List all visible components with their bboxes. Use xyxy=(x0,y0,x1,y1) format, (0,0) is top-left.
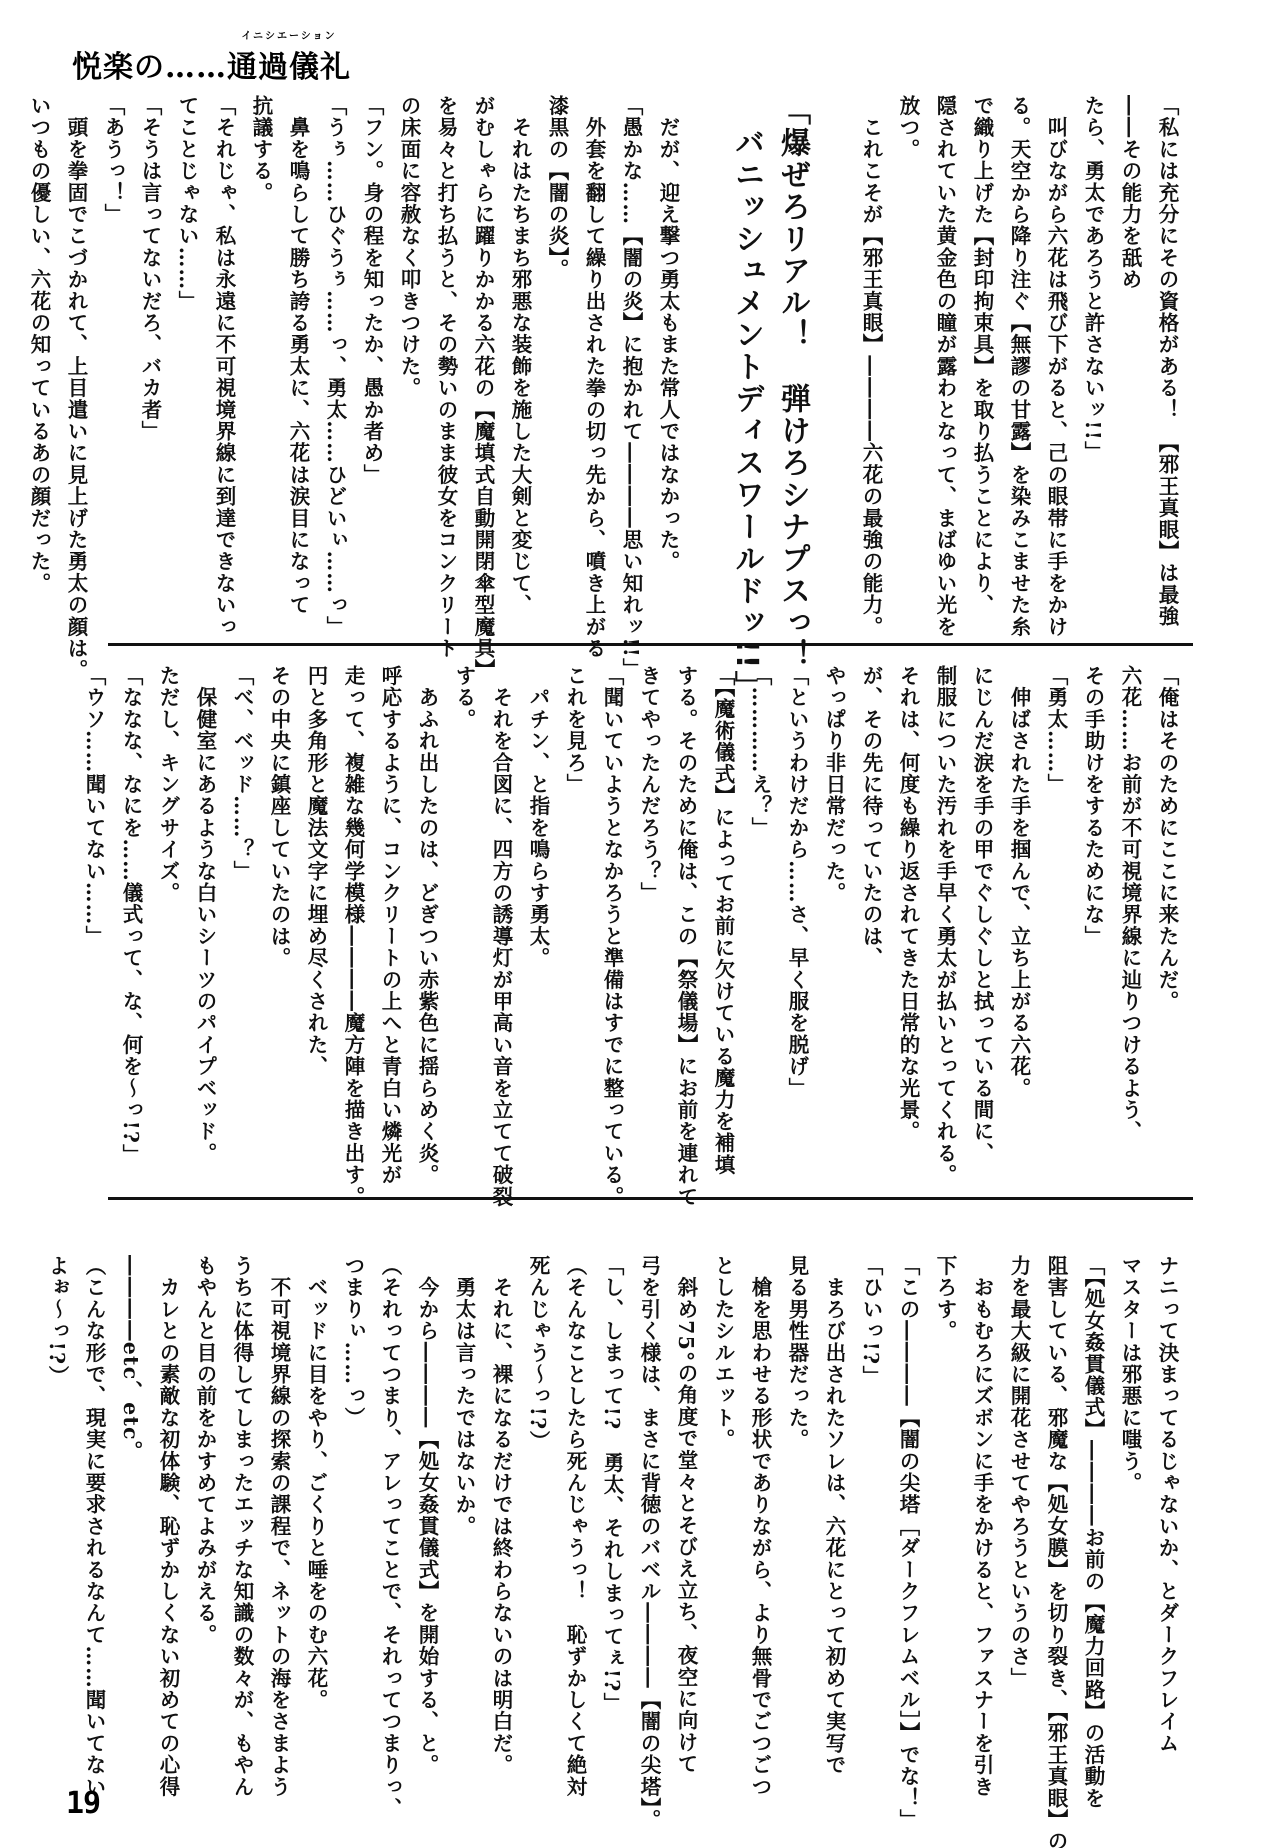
text-line: （こんな形で、現実に要求されるなんて……聞いてない xyxy=(75,1255,112,1725)
title-main-with-ruby: イニシエーション通過儀礼 xyxy=(227,42,351,86)
text-line: 抗議する。 xyxy=(242,95,279,535)
section-divider xyxy=(108,1197,1193,1200)
text-line: それに、裸になるだけでは終わらないのは明白だ。 xyxy=(482,1255,519,1725)
text-line: バニッシュメントディスワールドッ!!」 xyxy=(723,95,769,535)
text-line: （それってつまり、アレってことで、それってつまりっ、 xyxy=(371,1255,408,1725)
text-line: それは、何度も繰り返されてきた日常的な光景。 xyxy=(889,665,926,1105)
text-line: 死んじゃう～っ!?） xyxy=(519,1255,556,1725)
text-line: 「【処女姦貫儀式】――――お前の【魔力回路】の活動を xyxy=(1074,1255,1111,1725)
text-line: 「というわけだから……さ、早く服を脱げ」 xyxy=(778,665,815,1105)
text-line: 呼応するように、コンクリートの上へと青白い燐光が xyxy=(371,665,408,1105)
text-line: ナニって決まってるじゃないか、とダークフレイム xyxy=(1148,1255,1185,1725)
text-line: 伸ばされた手を掴んで、立ち上がる六花。 xyxy=(1000,665,1037,1105)
text-line: まろび出されたソレは、六花にとって初めて実写で xyxy=(815,1255,852,1725)
text-line: それはたちまち邪悪な装飾を施した大剣と変じて、 xyxy=(501,95,538,535)
text-line: する。そのために俺は、この【祭儀場】にお前を連れて xyxy=(667,665,704,1105)
text-line: やっぱり非日常だった。 xyxy=(815,665,852,1105)
text-line: にじんだ涙を手の甲でぐしぐしと拭っている間に、 xyxy=(963,665,1000,1105)
text-line: きてやったんだろう？」 xyxy=(630,665,667,1105)
text-line: つまりぃ……っ） xyxy=(334,1255,371,1725)
text-line: 「ひいっ!?」 xyxy=(852,1255,889,1725)
text-line: 「【魔術儀式】によってお前に欠けている魔力を補填 xyxy=(704,665,741,1105)
text-line: 「ウソ……聞いてない……」 xyxy=(75,665,112,1105)
text-line: 見る男性器だった。 xyxy=(778,1255,815,1725)
text-line: その手助けをするためにな」 xyxy=(1074,665,1111,1105)
text-line: で織り上げた【封印拘束具】を取り払うことにより、 xyxy=(963,95,1000,535)
text-line: 「それじゃ、私は永遠に不可視境界線に到達できないっ xyxy=(205,95,242,535)
text-line: 漆黒の【闇の炎】。 xyxy=(538,95,575,535)
text-line: 「あうっ！」 xyxy=(94,95,131,535)
text-line: よぉ～っ!?） xyxy=(38,1255,75,1725)
text-line xyxy=(815,95,852,535)
text-line: 下ろす。 xyxy=(926,1255,963,1725)
text-line: 「俺はそのためにここに来たんだ。 xyxy=(1148,665,1185,1105)
text-line: 「し、しまって!? 勇太、それしまってぇ!?」 xyxy=(593,1255,630,1725)
title-prefix: 悦楽の…… xyxy=(72,50,227,85)
text-line: これこそが【邪王真眼】――――六花の最強の能力。 xyxy=(852,95,889,535)
text-line: 保健室にあるような白いシーツのパイプベッド。 xyxy=(186,665,223,1105)
text-line: うちに体得してしまったエッチな知識の数々が、もやん xyxy=(223,1255,260,1725)
text-line: 「爆ぜろリアル！ 弾けろシナプスっ！ xyxy=(769,95,815,535)
text-line: あふれ出したのは、どぎつい赤紫色に揺らめく炎。 xyxy=(408,665,445,1105)
text-line: ――――etc、etc。 xyxy=(112,1255,149,1725)
text-line: 走って、複雑な幾何学模様――――魔方陣を描き出す。 xyxy=(334,665,371,1105)
text-line: 槍を思わせる形状でありながら、より無骨でごつごつ xyxy=(741,1255,778,1725)
page-number: 19 xyxy=(66,1786,100,1821)
title-main: 通過儀礼 xyxy=(227,50,351,85)
text-line: 「愚かな……【闇の炎】に抱かれて――――思い知れッ!!」 xyxy=(612,95,649,535)
text-line: 「この――――【闇の尖塔［ダークフレムベル］】でな！」 xyxy=(889,1255,926,1725)
text-line: 円と多角形と魔法文字に埋め尽くされた、 xyxy=(297,665,334,1105)
text-line: もやんと目の前をかすめてよみがえる。 xyxy=(186,1255,223,1725)
text-line: 「…………え？」 xyxy=(741,665,778,1105)
text-line: 勇太は言ったではないか。 xyxy=(445,1255,482,1725)
text-line: てことじゃない……」 xyxy=(168,95,205,535)
text-line: （そんなことしたら死んじゃうっ！ 恥ずかしくて絶対 xyxy=(556,1255,593,1725)
text-line: する。 xyxy=(445,665,482,1105)
text-line: の床面に容赦なく叩きつけた。 xyxy=(390,95,427,535)
text-line: 「聞いていようとなかろうと準備はすでに整っている。 xyxy=(593,665,630,1105)
page-title: 悦楽の……イニシエーション通過儀礼 xyxy=(72,42,351,86)
text-line: 斜め75°の角度で堂々とそびえ立ち、夜空に向けて xyxy=(667,1255,704,1725)
text-line: 「勇太……」 xyxy=(1037,665,1074,1105)
text-line: 「フン。身の程を知ったか、愚か者め」 xyxy=(353,95,390,535)
text-line: だが、迎え撃つ勇太もまた常人ではなかった。 xyxy=(649,95,686,535)
text-line: カレとの素敵な初体験、恥ずかしくない初めての心得 xyxy=(149,1255,186,1725)
text-line: ――その能力を舐め xyxy=(1111,95,1148,535)
text-line: 弓を引く様は、まさに背徳のバベル――――【闇の尖塔】。 xyxy=(630,1255,667,1725)
text-line: 「そうは言ってないだろ、バカ者」 xyxy=(131,95,168,535)
text-line: が、その先に待っていたのは、 xyxy=(852,665,889,1105)
text-line: 六花……お前が不可視境界線に辿りつけるよう、 xyxy=(1111,665,1148,1105)
text-line: 外套を翻して繰り出された拳の切っ先から、噴き上がる xyxy=(575,95,612,535)
title-ruby: イニシエーション xyxy=(227,27,351,42)
text-line: 力を最大級に開花させてやろうというのさ」 xyxy=(1000,1255,1037,1725)
text-line: これを見ろ」 xyxy=(556,665,593,1105)
text-line: 制服についた汚れを手早く勇太が払いとってくれる。 xyxy=(926,665,963,1105)
text-line: 鼻を鳴らして勝ち誇る勇太に、六花は涙目になって xyxy=(279,95,316,535)
text-line: ただし、キングサイズ。 xyxy=(149,665,186,1105)
text-line: 隠されていた黄金色の瞳が露わとなって、まばゆい光を xyxy=(926,95,963,535)
text-line: パチン、と指を鳴らす勇太。 xyxy=(519,665,556,1105)
text-line: 「べ、ベッド……？」 xyxy=(223,665,260,1105)
text-section-2: 「俺はそのためにここに来たんだ。六花……お前が不可視境界線に辿りつけるよう、その… xyxy=(105,665,1185,1105)
text-section-3: ナニって決まってるじゃないか、とダークフレイムマスターは邪悪に嗤う。「【処女姦貫… xyxy=(105,1255,1185,1725)
text-line: ベッドに目をやり、ごくりと唾をのむ六花。 xyxy=(297,1255,334,1725)
text-line: 頭を拳固でこづかれて、上目遣いに見上げた勇太の顔は。 xyxy=(57,95,94,535)
text-line: いつもの優しい、六花の知っているあの顔だった。 xyxy=(20,95,57,535)
text-line: 不可視境界線の探索の課程で、ネットの海をさまよう xyxy=(260,1255,297,1725)
text-section-1: 「私には充分にその資格がある！ 【邪王真眼】は最強――その能力を舐めたら、勇太で… xyxy=(105,95,1185,535)
text-line: 阻害している、邪魔な【処女膜】を切り裂き、【邪王真眼】の xyxy=(1037,1255,1074,1725)
text-line: 叫びながら六花は飛び下がると、己の眼帯に手をかけ xyxy=(1037,95,1074,535)
text-line: 「私には充分にその資格がある！ 【邪王真眼】は最強 xyxy=(1148,95,1185,535)
text-line: マスターは邪悪に嗤う。 xyxy=(1111,1255,1148,1725)
text-line: がむしゃらに躍りかかる六花の【魔填式自動開閉傘型魔具】 xyxy=(464,95,501,535)
text-line: おもむろにズボンに手をかけると、ファスナーを引き xyxy=(963,1255,1000,1725)
section-divider xyxy=(108,643,1193,646)
text-line: としたシルエット。 xyxy=(704,1255,741,1725)
text-line xyxy=(686,95,723,535)
text-line: その中央に鎮座していたのは。 xyxy=(260,665,297,1105)
text-line: たら、勇太であろうと許さないッ!!」 xyxy=(1074,95,1111,535)
text-line: それを合図に、四方の誘導灯が甲高い音を立てて破裂 xyxy=(482,665,519,1105)
text-line: 今から――――【処女姦貫儀式】を開始する、と。 xyxy=(408,1255,445,1725)
text-line: 放つ。 xyxy=(889,95,926,535)
text-line: る。天空から降り注ぐ【無謬の甘露】を染みこませた糸 xyxy=(1000,95,1037,535)
text-line: 「ななな、なにを……儀式って、な、何を～っ!?」 xyxy=(112,665,149,1105)
text-line: 「うぅ……ひぐうぅ……っ、勇太……ひどいぃ……っ」 xyxy=(316,95,353,535)
text-line: を易々と打ち払うと、その勢いのまま彼女をコンクリート xyxy=(427,95,464,535)
